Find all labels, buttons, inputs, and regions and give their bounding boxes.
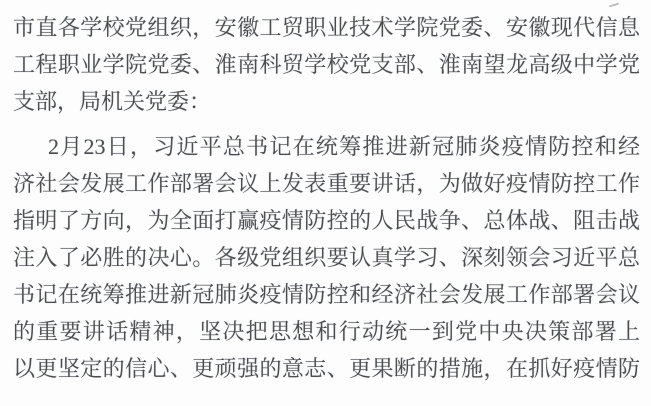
scan-artifact-mark — [609, 3, 619, 8]
text-line: 支部，局机关党委： — [13, 83, 640, 120]
text-line: 指明了方向，为全面打赢疫情防控的人民战争、总体战、阻击战 — [13, 202, 640, 239]
document-page: 市直各学校党组织，安徽工贸职业技术学院党委、安徽现代信息 工程职业学院党委、淮南… — [0, 0, 651, 406]
text-line: 2月23日，习近平总书记在统筹推进新冠肺炎疫情防控和经 — [13, 128, 640, 165]
paragraph-recipients: 市直各学校党组织，安徽工贸职业技术学院党委、安徽现代信息 工程职业学院党委、淮南… — [13, 9, 640, 120]
paragraph-body: 2月23日，习近平总书记在统筹推进新冠肺炎疫情防控和经 济社会发展工作部署会议上… — [13, 128, 640, 387]
text-line: 济社会发展工作部署会议上发表重要讲话，为做好疫情防控工作 — [13, 165, 640, 202]
text-line: 工程职业学院党委、淮南科贸学校党支部、淮南望龙高级中学党 — [13, 46, 640, 83]
text-line: 书记在统筹推进新冠肺炎疫情防控和经济社会发展工作部署会议 — [13, 276, 640, 313]
text-line: 以更坚定的信心、更顽强的意志、更果断的措施，在抓好疫情防 — [13, 350, 640, 387]
text-line: 市直各学校党组织，安徽工贸职业技术学院党委、安徽现代信息 — [13, 9, 640, 46]
text-line: 注入了必胜的决心。各级党组织要认真学习、深刻领会习近平总 — [13, 239, 640, 276]
text-line: 的重要讲话精神，坚决把思想和行动统一到党中央决策部署上来， — [13, 313, 640, 350]
